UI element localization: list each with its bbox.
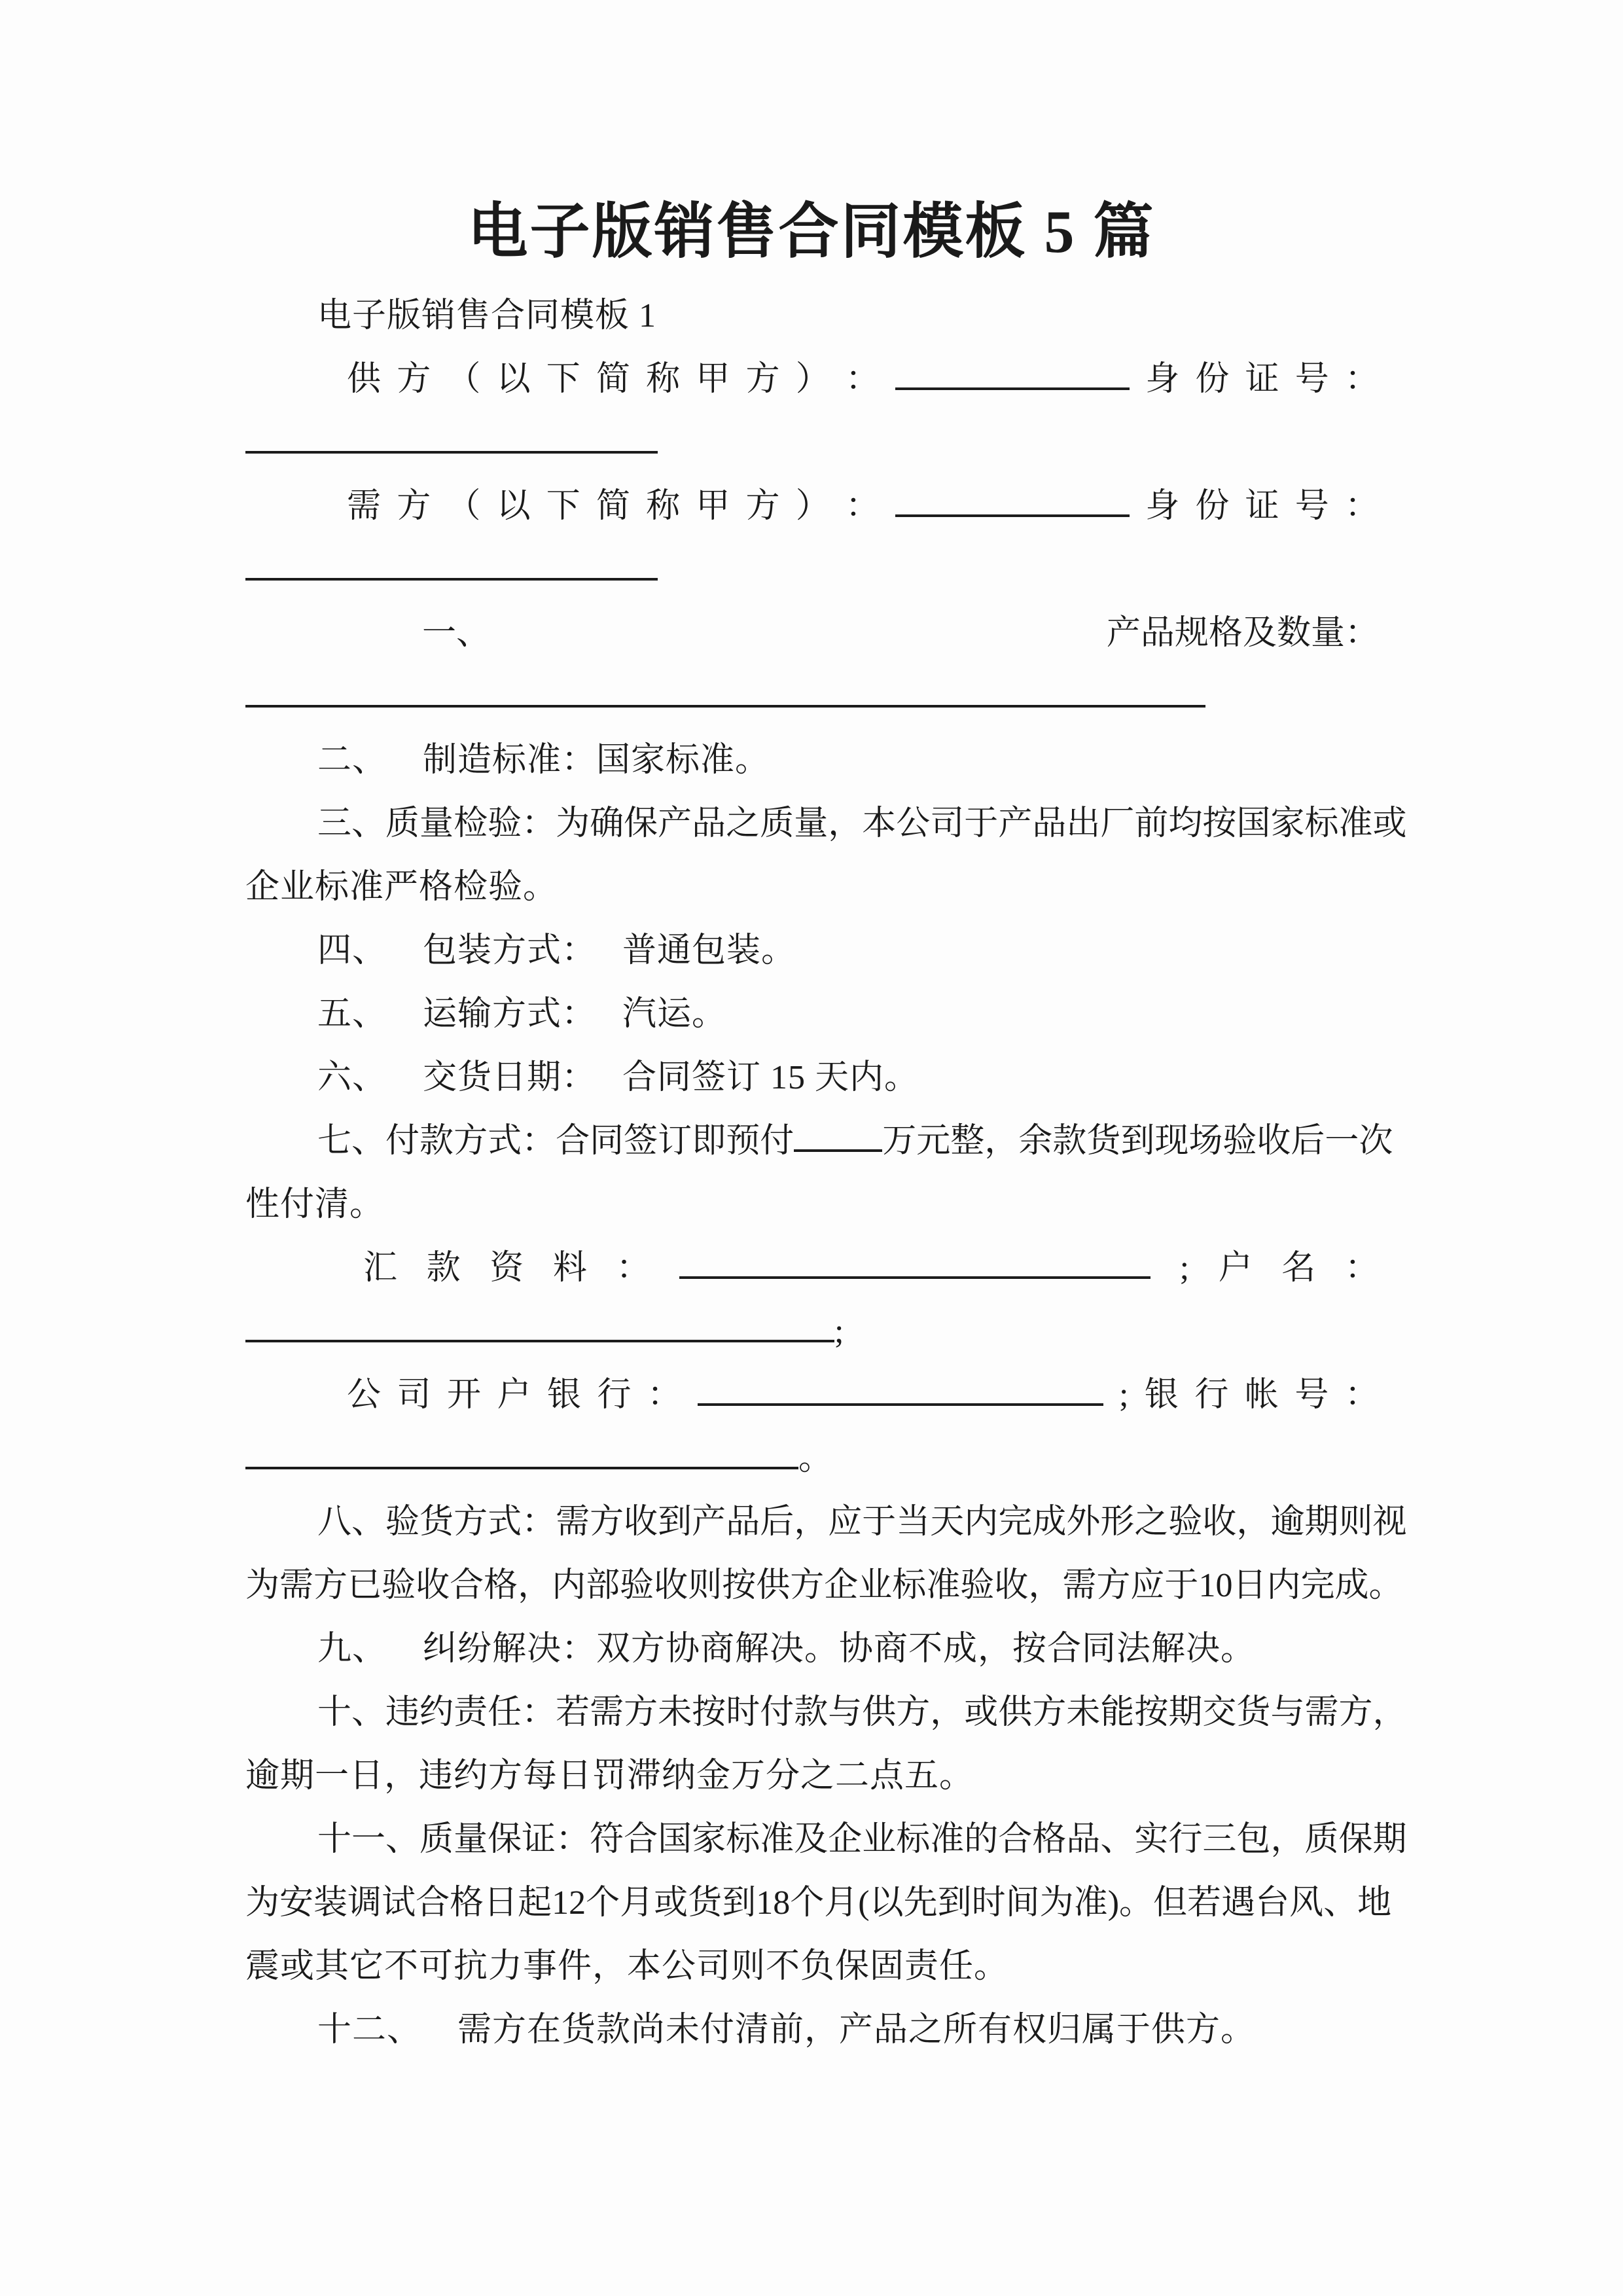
text-char: 间 <box>1006 1871 1040 1935</box>
text-char: 视 <box>1372 1490 1406 1554</box>
text-char: 预 <box>726 1109 760 1173</box>
text-char: （ <box>446 348 480 411</box>
text-char: （ <box>446 475 480 538</box>
text-char: 任 <box>488 1681 522 1744</box>
text-run: 汽运。 <box>622 996 726 1033</box>
doc-line-25: 为安装调试合格日起12个月或货到18个月(以先到时间为准)。但若遇台风、地 <box>245 1871 1379 1935</box>
text-char: 三 <box>317 792 351 855</box>
blank-underline <box>245 547 658 581</box>
text-char: 保 <box>624 792 658 855</box>
text-char: 质 <box>1304 1808 1338 1871</box>
text-char: 方 <box>1096 1554 1130 1617</box>
text-char: 方 <box>313 1554 348 1617</box>
text-char: 方 <box>454 1490 488 1554</box>
doc-line-20: 为需方已验收合格，内部验收则按供方企业标准验收，需方应于10日内完成。 <box>245 1554 1379 1617</box>
text-char: ： <box>647 1363 681 1427</box>
text-char: ( <box>858 1871 869 1935</box>
text-char: 方 <box>896 1681 930 1744</box>
spacer <box>596 1024 622 1025</box>
text-char: 安 <box>279 1871 313 1935</box>
text-char: 甲 <box>696 475 730 538</box>
text-char: 产 <box>658 792 692 855</box>
text-char: 风 <box>1289 1871 1323 1935</box>
text-char: 保 <box>1338 1808 1372 1871</box>
text-char: 天 <box>930 1490 964 1554</box>
text-char: 当 <box>896 1490 930 1554</box>
text-char: 品 <box>1032 792 1066 855</box>
text-run: 交货日期： <box>423 1059 596 1096</box>
text-char: 装 <box>313 1871 348 1935</box>
text-char: 未 <box>1066 1681 1100 1744</box>
text-char: 收 <box>994 1554 1028 1617</box>
text-char: 内 <box>964 1490 998 1554</box>
text-char: ： <box>1345 601 1379 665</box>
text-char: ) <box>1108 1871 1119 1935</box>
text-char: 一 <box>422 601 456 665</box>
blank-underline <box>245 420 658 454</box>
doc-line-5: 一、产品规格及数量： <box>245 601 1379 665</box>
text-char: 、 <box>351 792 385 855</box>
text-char: 。 <box>1369 1554 1403 1617</box>
text-char: 违 <box>385 1681 419 1744</box>
text-run: 普通包装。 <box>622 932 796 969</box>
text-char: 行 <box>1168 1808 1202 1871</box>
text-char: 但 <box>1153 1871 1187 1935</box>
text-char: 式 <box>488 1109 522 1173</box>
text-char: 方 <box>590 1490 624 1554</box>
text-run: 电子版销售合同模板 1 <box>317 297 656 334</box>
text-char: 交 <box>1202 1681 1236 1744</box>
text-char: 实 <box>1134 1808 1168 1871</box>
text-char: ， <box>518 1554 552 1617</box>
text-char: 质 <box>419 1808 454 1871</box>
text-char: 货 <box>1236 1681 1270 1744</box>
text-char: 的 <box>964 1808 998 1871</box>
text-char: 符 <box>590 1808 624 1871</box>
text-char: 标 <box>896 1808 930 1871</box>
text-char: 产 <box>692 1490 726 1554</box>
text-char: 责 <box>454 1681 488 1744</box>
text-char: 到 <box>938 1871 972 1935</box>
text-char: ， <box>1270 1808 1304 1871</box>
doc-line-13: 七、付款方式：合同签订即预付万元整，余款货到现场验收后一次 <box>245 1109 1379 1173</box>
text-run: 二、 <box>317 742 387 779</box>
spacer <box>596 961 622 961</box>
text-char: 完 <box>998 1490 1032 1554</box>
spacer <box>387 1024 423 1025</box>
text-char: 调 <box>348 1871 382 1935</box>
text-char: 行 <box>597 1363 632 1427</box>
doc-line-11: 五、运输方式：汽运。 <box>245 982 1379 1046</box>
doc-line-7: 二、制造标准：国家标准。 <box>245 728 1379 792</box>
text-char: 质 <box>385 792 419 855</box>
text-char: 验 <box>1222 1109 1257 1173</box>
text-char: 需 <box>347 475 381 538</box>
text-char: 资 <box>490 1236 524 1300</box>
text-char: 数 <box>1277 601 1311 665</box>
text-char: ; <box>1180 1236 1189 1300</box>
text-char: ： <box>1345 1236 1379 1300</box>
text-char: 国 <box>1236 792 1270 855</box>
text-char: 需 <box>590 1681 624 1744</box>
text-char: 方 <box>397 348 431 411</box>
text-run: 五、 <box>317 996 387 1033</box>
text-char: ： <box>522 1109 556 1173</box>
text-char: 期 <box>1372 1808 1406 1871</box>
text-run: 需方在货款尚未付清前，产品之所有权归属于供方。 <box>457 2011 1255 2049</box>
text-char: 收 <box>416 1554 450 1617</box>
text-run: 包装方式： <box>423 932 596 969</box>
text-char: 准 <box>926 1554 960 1617</box>
doc-line-1: 供方（以下简称甲方）：身份证号： <box>245 348 1379 411</box>
text-char: 即 <box>692 1109 726 1173</box>
text-char: 身 <box>1145 475 1179 538</box>
text-char: 合 <box>624 1808 658 1871</box>
text-run: 四、 <box>317 932 387 969</box>
text-char: 准 <box>1338 792 1372 855</box>
doc-line-10: 四、包装方式：普通包装。 <box>245 919 1379 982</box>
text-char: 完 <box>1300 1554 1334 1617</box>
text-char: 整 <box>950 1109 984 1173</box>
text-run: 运输方式： <box>423 996 596 1033</box>
blank-underline <box>245 1435 798 1469</box>
doc-line-21: 九、纠纷解决：双方协商解决。协商不成，按合同法解决。 <box>245 1617 1379 1681</box>
text-char: ： <box>1345 348 1379 411</box>
spacer <box>387 961 423 961</box>
spacer <box>421 2040 457 2041</box>
text-char: 质 <box>760 792 794 855</box>
text-char: 收 <box>1257 1109 1291 1173</box>
text-char: ， <box>1372 1681 1406 1744</box>
text-char: ， <box>1028 1554 1062 1617</box>
text-char: 付 <box>385 1109 419 1173</box>
spacer <box>490 643 1107 644</box>
spacer <box>387 770 423 771</box>
text-char: ： <box>846 348 880 411</box>
text-char: 供 <box>998 1681 1032 1744</box>
text-char: 12 <box>552 1871 586 1935</box>
text-char: 十 <box>317 1681 351 1744</box>
doc-line-17: 公司开户银行：;银行帐号： <box>245 1363 1379 1427</box>
blank-underline <box>794 1118 882 1152</box>
text-char: 供 <box>862 1681 896 1744</box>
text-char: 到 <box>1120 1109 1154 1173</box>
text-char: 元 <box>916 1109 950 1173</box>
text-char: 包 <box>1236 1808 1270 1871</box>
text-char: 需 <box>1304 1681 1338 1744</box>
text-char: 合 <box>450 1554 484 1617</box>
text-char: 于 <box>964 792 998 855</box>
text-char: 出 <box>1066 792 1100 855</box>
doc-line-27: 十二、需方在货款尚未付清前，产品之所有权归属于供方。 <box>245 1998 1379 2062</box>
text-char: 验 <box>960 1554 994 1617</box>
text-char: ） <box>796 475 830 538</box>
text-char: 后 <box>1291 1109 1325 1173</box>
text-char: 企 <box>824 1554 858 1617</box>
text-char: 收 <box>624 1490 658 1554</box>
doc-line-26: 震或其它不可抗力事件，本公司则不负保固责任。 <box>245 1935 1379 1998</box>
text-char: 品 <box>726 1490 760 1554</box>
text-char: 月 <box>824 1871 858 1935</box>
text-char: ， <box>828 792 862 855</box>
doc-line-6 <box>245 665 1379 728</box>
text-char: 方 <box>1338 1681 1372 1744</box>
text-run: 震或其它不可抗力事件，本公司则不负保固责任。 <box>245 1948 1008 1985</box>
text-char: 证 <box>1245 475 1279 538</box>
text-char: 形 <box>1100 1490 1134 1554</box>
text-char: 成 <box>1032 1490 1066 1554</box>
doc-line-8: 三、质量检验：为确保产品之质量，本公司于产品出厂前均按国家标准或 <box>245 792 1379 855</box>
text-char: ： <box>522 792 556 855</box>
text-char: ： <box>522 1681 556 1744</box>
doc-line-22: 十、违约责任：若需方未按时付款与供方，或供方未能按期交货与需方， <box>245 1681 1379 1744</box>
doc-line-3: 需方（以下简称甲方）：身份证号： <box>245 475 1379 538</box>
text-char: 品 <box>1066 1808 1100 1871</box>
text-char: 号 <box>1295 348 1329 411</box>
text-char: 10 <box>1198 1554 1232 1617</box>
text-char: 下 <box>546 475 580 538</box>
text-char: 供 <box>347 348 381 411</box>
text-char: 万 <box>882 1109 916 1173</box>
text-char: 则 <box>688 1554 722 1617</box>
doc-line-14: 性付清。 <box>245 1173 1379 1236</box>
text-char: ; <box>1119 1363 1128 1427</box>
text-char: 十 <box>317 1808 351 1871</box>
text-char: 产 <box>998 792 1032 855</box>
text-char: 、 <box>1323 1871 1357 1935</box>
text-char: 方 <box>790 1554 824 1617</box>
text-char: 厂 <box>1100 792 1134 855</box>
text-run: 。 <box>798 1440 833 1477</box>
page-title: 电子版销售合同模板 5 篇 <box>0 191 1623 272</box>
text-char: 后 <box>760 1490 794 1554</box>
spacer <box>387 1659 423 1660</box>
doc-line-12: 六、交货日期：合同签订 15 天内。 <box>245 1046 1379 1109</box>
text-char: 若 <box>556 1681 590 1744</box>
text-char: 本 <box>862 792 896 855</box>
text-char: 部 <box>586 1554 620 1617</box>
text-char: 名 <box>1281 1236 1315 1300</box>
text-char: 内 <box>552 1554 586 1617</box>
text-char: 方 <box>1032 1681 1066 1744</box>
text-char: 日 <box>1232 1554 1266 1617</box>
text-char: 称 <box>646 475 680 538</box>
blank-underline <box>698 1372 1103 1406</box>
text-char: 需 <box>556 1490 590 1554</box>
text-char: 内 <box>1266 1554 1300 1617</box>
text-char: 号 <box>1295 475 1329 538</box>
text-char: 之 <box>726 792 760 855</box>
text-char: 标 <box>1304 792 1338 855</box>
contract-page: 电子版销售合同模板 5 篇 电子版销售合同模板 1供方（以下简称甲方）：身份证号… <box>0 0 1623 2296</box>
spacer <box>596 1088 622 1088</box>
text-char: 规 <box>1175 601 1209 665</box>
text-char: 开 <box>447 1363 481 1427</box>
text-char: 则 <box>1338 1490 1372 1554</box>
text-char: 准 <box>760 1808 794 1871</box>
text-char: 证 <box>522 1808 556 1871</box>
text-char: 式 <box>488 1490 522 1554</box>
text-char: 及 <box>794 1808 828 1871</box>
text-char: 确 <box>590 792 624 855</box>
text-char: ： <box>522 1490 556 1554</box>
text-char: 按 <box>692 1681 726 1744</box>
blank-underline <box>895 356 1130 390</box>
text-char: 品 <box>1141 601 1175 665</box>
text-char: 同 <box>590 1109 624 1173</box>
text-char: 日 <box>484 1871 518 1935</box>
text-char: ： <box>1345 475 1379 538</box>
text-run: 九、 <box>317 1630 387 1668</box>
text-char: 、 <box>1100 1808 1134 1871</box>
text-char: 订 <box>658 1109 692 1173</box>
doc-line-19: 八、验货方式：需方收到产品后，应于当天内完成外形之验收，逾期则视 <box>245 1490 1379 1554</box>
text-char: 以 <box>870 1871 904 1935</box>
text-char: 准 <box>930 1808 964 1871</box>
text-char: 余 <box>1018 1109 1052 1173</box>
text-char: 合 <box>998 1808 1032 1871</box>
text-char: 18 <box>756 1871 790 1935</box>
text-char: 以 <box>497 475 531 538</box>
text-char: 方 <box>454 1109 488 1173</box>
text-char: 格 <box>450 1871 484 1935</box>
doc-line-9: 企业标准严格检验。 <box>245 855 1379 919</box>
text-run: 十二、 <box>317 2011 421 2049</box>
text-char: 未 <box>658 1681 692 1744</box>
text-char: 司 <box>397 1363 431 1427</box>
text-char: 证 <box>1245 348 1279 411</box>
text-char: 逾 <box>1270 1490 1304 1554</box>
text-char: 试 <box>382 1871 416 1935</box>
text-run: 逾期一日，违约方每日罚滞纳金万分之二点五。 <box>245 1757 974 1795</box>
text-char: 为 <box>556 792 590 855</box>
text-char: 若 <box>1187 1871 1221 1935</box>
text-char: 标 <box>892 1554 926 1617</box>
text-char: 为 <box>245 1871 279 1935</box>
text-char: 业 <box>858 1554 892 1617</box>
text-char: 现 <box>1154 1109 1188 1173</box>
text-char: 为 <box>1040 1871 1074 1935</box>
text-char: 称 <box>646 348 680 411</box>
text-char: 时 <box>972 1871 1006 1935</box>
text-char: 场 <box>1188 1109 1222 1173</box>
blank-underline <box>679 1245 1150 1279</box>
doc-line-16: ; <box>245 1300 1379 1363</box>
text-char: 银 <box>1145 1363 1179 1427</box>
text-char: 企 <box>828 1808 862 1871</box>
text-char: ， <box>1236 1490 1270 1554</box>
text-char: 司 <box>930 792 964 855</box>
text-char: 已 <box>348 1554 382 1617</box>
text-run: 六、 <box>317 1059 387 1096</box>
text-char: 八 <box>317 1490 351 1554</box>
text-char: 量 <box>419 792 454 855</box>
text-char: 时 <box>726 1681 760 1744</box>
text-char: 于 <box>1164 1554 1198 1617</box>
text-char: 份 <box>1195 348 1229 411</box>
doc-line-15: 汇款资料：;户名： <box>245 1236 1379 1300</box>
text-char: 需 <box>1062 1554 1096 1617</box>
text-char: 、 <box>351 1490 385 1554</box>
text-char: 月 <box>620 1871 654 1935</box>
text-char: 之 <box>1134 1490 1168 1554</box>
text-char: 下 <box>546 348 580 411</box>
text-char: 款 <box>1052 1109 1086 1173</box>
text-char: 付 <box>760 1109 794 1173</box>
text-char: 收 <box>654 1554 688 1617</box>
text-char: 方 <box>624 1681 658 1744</box>
text-char: 需 <box>279 1554 313 1617</box>
text-char: 、 <box>351 1109 385 1173</box>
text-char: 合 <box>416 1871 450 1935</box>
blank-underline <box>245 1308 834 1342</box>
text-char: 验 <box>1168 1490 1202 1554</box>
text-char: 成 <box>1334 1554 1368 1617</box>
text-char: 量 <box>794 792 828 855</box>
text-char: 检 <box>454 792 488 855</box>
text-char: 应 <box>828 1490 862 1554</box>
text-char: 与 <box>828 1681 862 1744</box>
blank-underline <box>245 673 1205 708</box>
text-char: 款 <box>794 1681 828 1744</box>
text-char: 约 <box>419 1681 454 1744</box>
doc-line-24: 十一、质量保证：符合国家标准及企业标准的合格品、实行三包，质保期 <box>245 1808 1379 1871</box>
text-char: 能 <box>1100 1681 1134 1744</box>
text-char: 标 <box>726 1808 760 1871</box>
text-char: 次 <box>1359 1109 1393 1173</box>
text-char: 格 <box>484 1554 518 1617</box>
text-char: 银 <box>547 1363 581 1427</box>
text-char: 到 <box>722 1871 756 1935</box>
text-run: ; <box>834 1313 844 1350</box>
text-char: 一 <box>1325 1109 1359 1173</box>
text-char: 一 <box>351 1808 385 1871</box>
text-char: 及 <box>1243 601 1277 665</box>
doc-line-23: 逾期一日，违约方每日罚滞纳金万分之二点五。 <box>245 1744 1379 1808</box>
doc-line-2 <box>245 411 1379 475</box>
text-char: 方 <box>746 475 780 538</box>
text-char: 、 <box>385 1808 419 1871</box>
text-char: 与 <box>1270 1681 1304 1744</box>
text-run: 性付清。 <box>245 1186 384 1223</box>
text-char: 公 <box>896 792 930 855</box>
text-char: 业 <box>862 1808 896 1871</box>
text-char: 款 <box>427 1236 461 1300</box>
text-char: 供 <box>756 1554 790 1617</box>
text-char: 验 <box>385 1490 419 1554</box>
text-char: 或 <box>1372 792 1406 855</box>
text-char: 货 <box>688 1871 722 1935</box>
text-char: 款 <box>419 1109 454 1173</box>
text-char: 期 <box>1304 1490 1338 1554</box>
text-char: 货 <box>419 1490 454 1554</box>
text-run: 合同签订 15 天内。 <box>622 1059 919 1096</box>
text-char: 付 <box>760 1681 794 1744</box>
text-char: 帐 <box>1245 1363 1279 1427</box>
text-char: 准 <box>1074 1871 1108 1935</box>
text-char: 台 <box>1255 1871 1289 1935</box>
text-char: ， <box>930 1681 964 1744</box>
text-char: 简 <box>596 348 630 411</box>
text-char: 份 <box>1195 475 1229 538</box>
text-char: ： <box>1345 1363 1379 1427</box>
text-char: 量 <box>1311 601 1345 665</box>
text-char: 为 <box>245 1554 279 1617</box>
text-char: 国 <box>658 1808 692 1871</box>
blank-underline <box>895 483 1130 517</box>
text-char: 先 <box>904 1871 938 1935</box>
text-char: 或 <box>964 1681 998 1744</box>
